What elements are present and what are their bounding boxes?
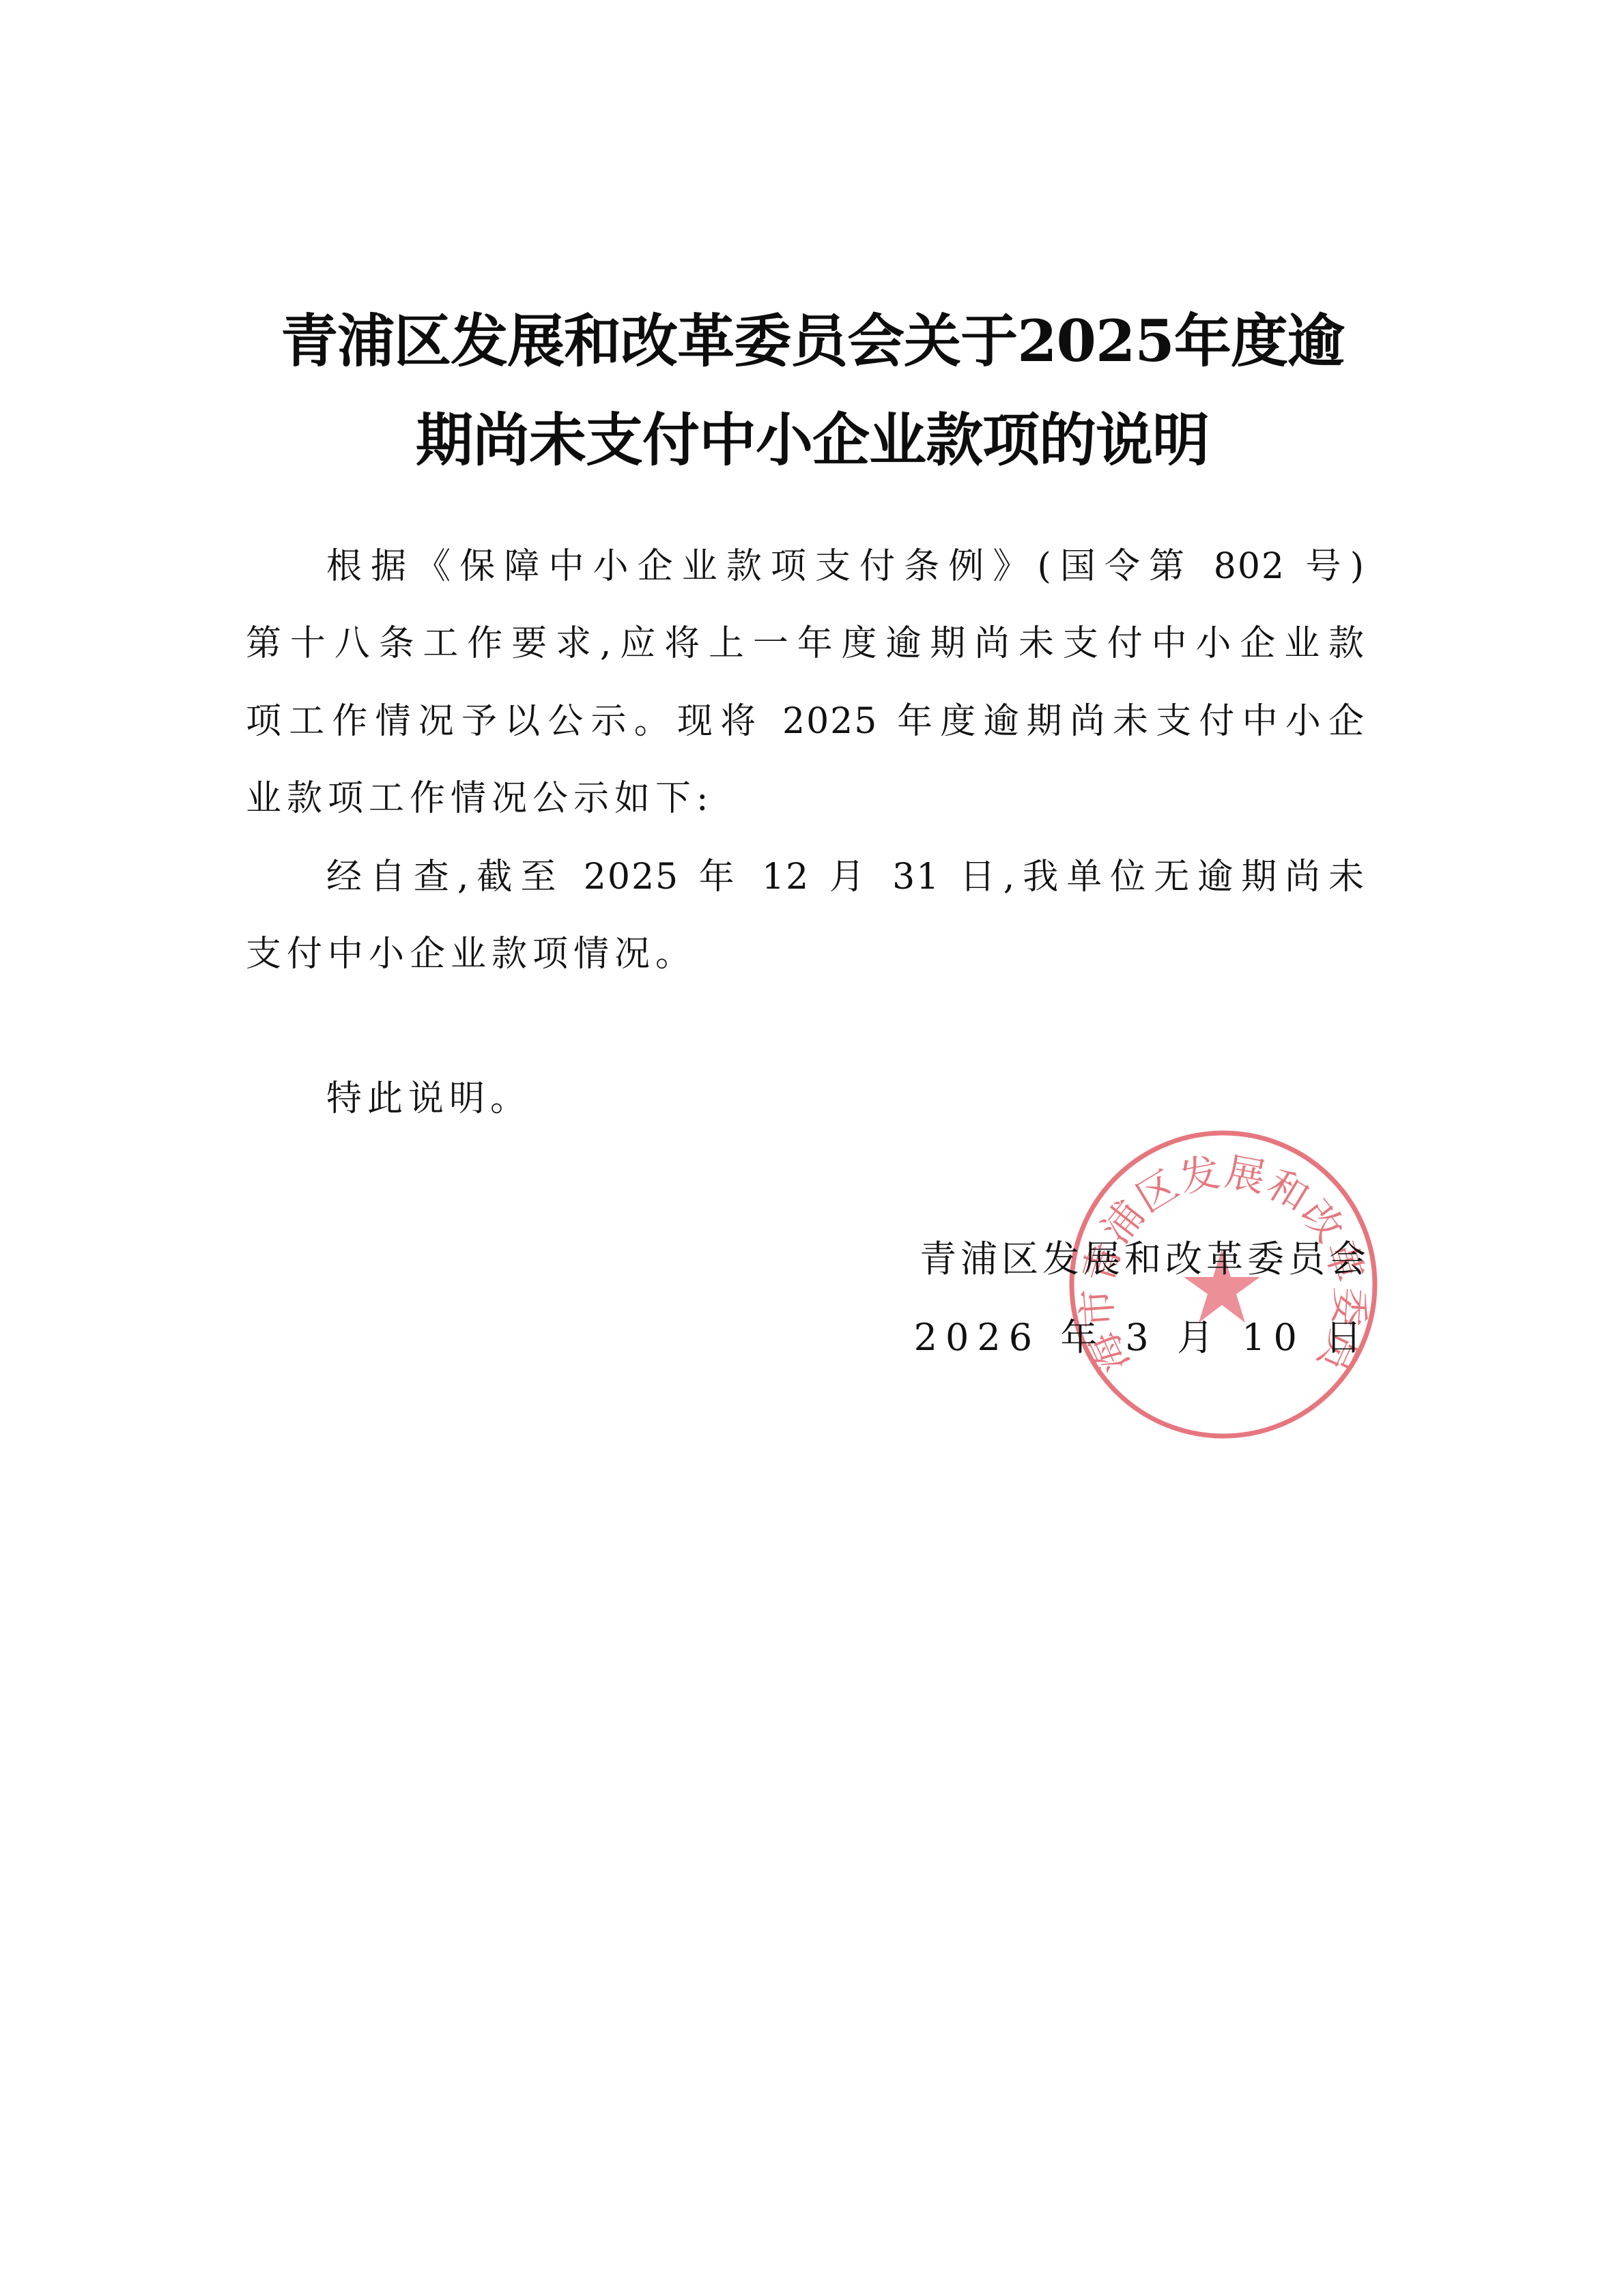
document-title-line-1: 青浦区发展和改革委员会关于2025年度逾 (232, 307, 1393, 375)
paragraph-line: 业款项工作情况公示如下: (246, 775, 1365, 822)
document-title-line-2: 期尚未支付中小企业款项的说明 (232, 406, 1393, 474)
paragraph-line: 根据《保障中小企业款项支付条例》(国令第 802 号) (326, 543, 1365, 590)
signature-organization: 青浦区发展和改革委员会 (920, 1235, 1370, 1283)
official-seal-stamp: 上海市青浦区发展和改革委员会 (1066, 1128, 1380, 1441)
signature-date: 2026 年 3 月 10 日 (914, 1314, 1370, 1362)
paragraph-line: 经自查,截至 2025 年 12 月 31 日,我单位无逾期尚未 (326, 853, 1365, 901)
paragraph-line: 项工作情况予以公示。现将 2025 年度逾期尚未支付中小企 (246, 698, 1365, 745)
closing-statement: 特此说明。 (326, 1075, 1365, 1123)
paragraph-line: 支付中小企业款项情况。 (246, 930, 1365, 978)
paragraph-line: 第十八条工作要求,应将上一年度逾期尚未支付中小企业款 (246, 620, 1365, 668)
document-page: 青浦区发展和改革委员会关于2025年度逾 期尚未支付中小企业款项的说明 根据《保… (0, 0, 1624, 2296)
